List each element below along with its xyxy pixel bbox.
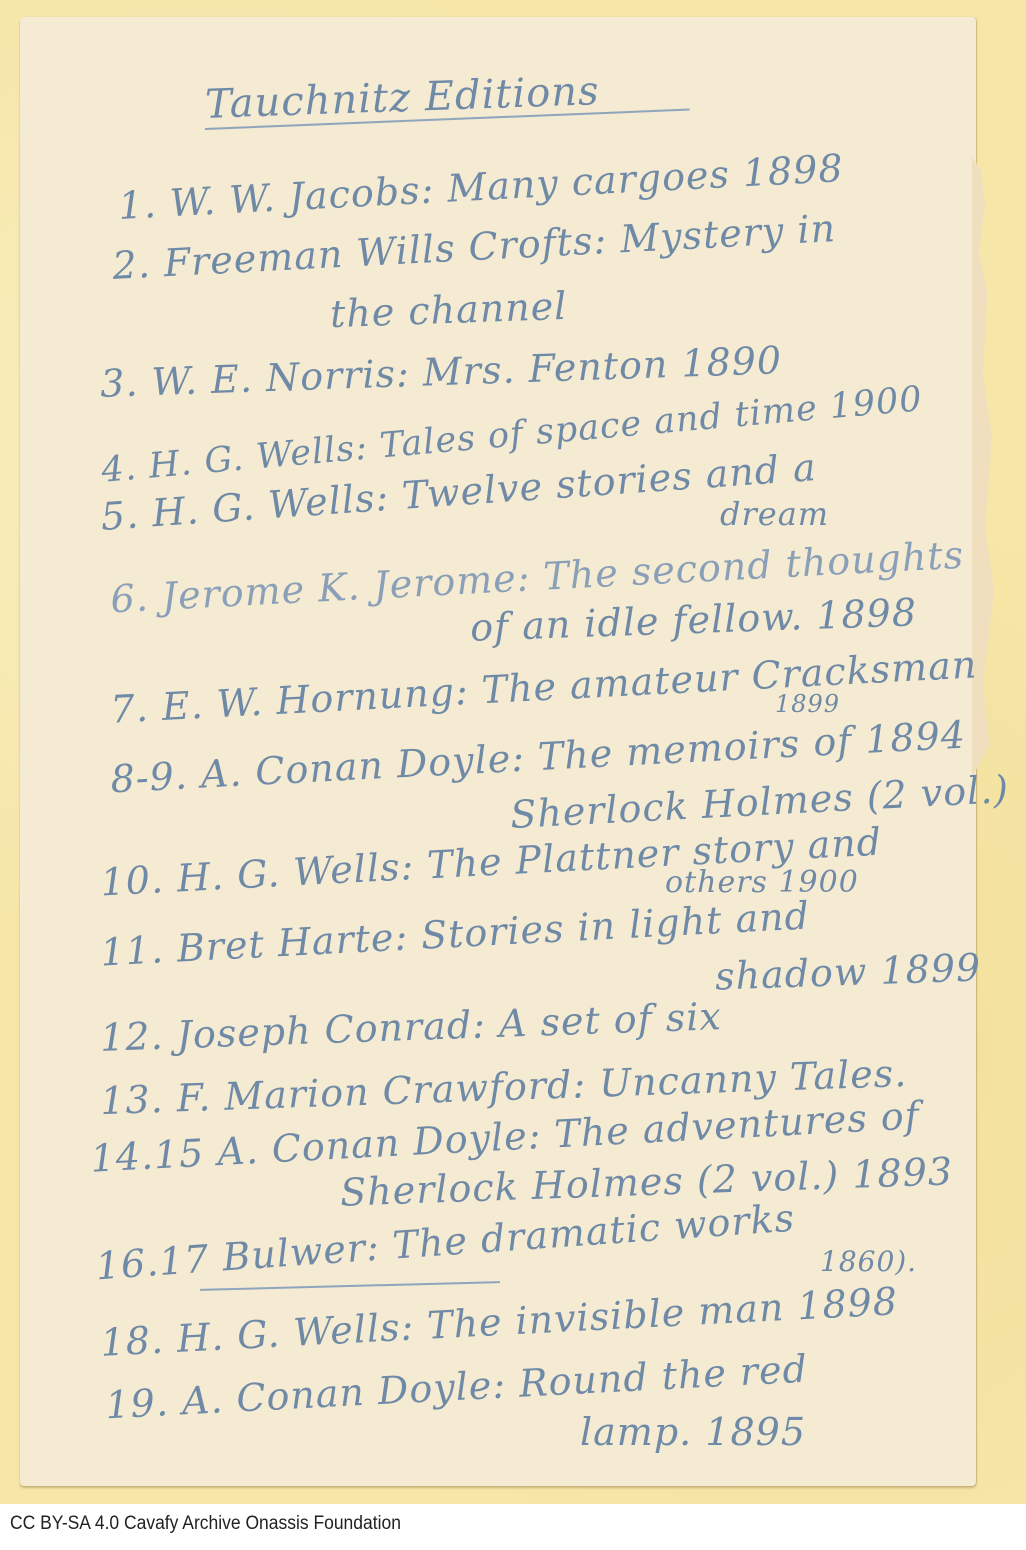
entry-number: 1. <box>117 182 158 228</box>
entry-5-cont: dream <box>720 495 829 533</box>
entry-number: 5. <box>99 492 140 539</box>
entry-number: 14.15 <box>89 1131 205 1181</box>
entry-number: 10. <box>99 857 165 904</box>
entry-number: 6. <box>109 575 150 621</box>
entry-number: 3. <box>99 361 139 406</box>
license-caption: CC BY-SA 4.0 Cavafy Archive Onassis Foun… <box>10 1513 401 1535</box>
entry-19-cont: lamp. 1895 <box>580 1410 806 1454</box>
entry-11-cont: shadow 1899 <box>714 945 982 998</box>
entry-number: 11. <box>99 927 165 974</box>
entry-2-cont: the channel <box>329 284 568 336</box>
entry-number: 16.17 <box>94 1237 211 1289</box>
scanned-image: Tauchnitz Editions 1. W. W. Jacobs: Many… <box>0 0 1026 1504</box>
entry-number: 19. <box>104 1380 170 1427</box>
entry-16-17-cont: 1860). <box>820 1245 917 1278</box>
entry-number: 8-9. <box>109 753 188 801</box>
entry-number: 4. <box>100 448 139 491</box>
entry-10-cont: others 1900 <box>665 865 859 900</box>
entry-number: 12. <box>99 1014 164 1060</box>
entry-number: 18. <box>99 1318 165 1365</box>
entry-number: 2. <box>111 242 152 288</box>
entry-7-year: 1899 <box>775 690 840 718</box>
entry-number: 7. <box>109 686 150 732</box>
entry-number: 13. <box>99 1077 164 1123</box>
